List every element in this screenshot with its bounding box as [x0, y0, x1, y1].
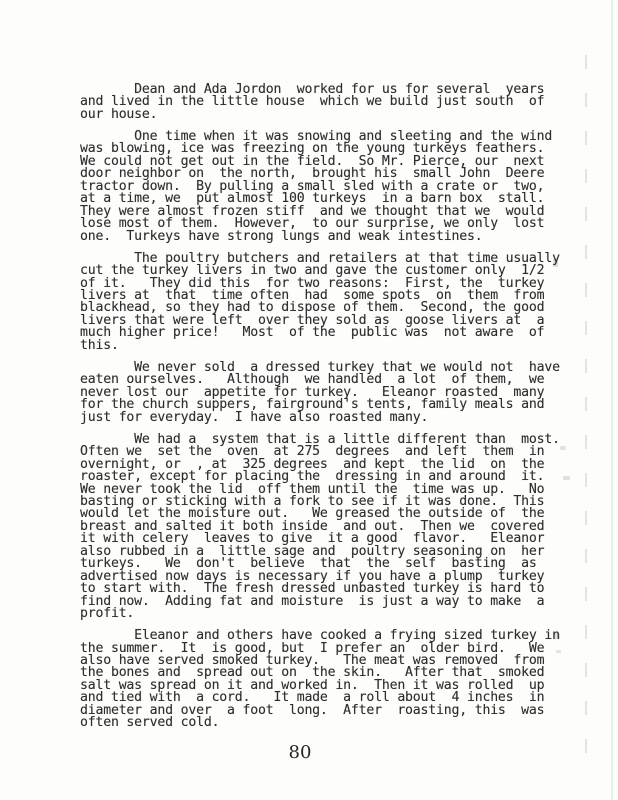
paragraph: We had a system that is a little differe…: [80, 434, 560, 621]
page-edge-perforation-line: [585, 55, 587, 775]
paragraph: Dean and Ada Jordon worked for us for se…: [80, 84, 560, 121]
scan-artifact: [560, 446, 566, 450]
paragraph: We never sold a dressed turkey that we w…: [80, 362, 560, 424]
paragraph: Eleanor and others have cooked a frying …: [80, 630, 560, 730]
scan-artifact: [563, 476, 570, 480]
scanned-page: Dean and Ada Jordon worked for us for se…: [0, 0, 618, 800]
paragraph: One time when it was snowing and sleetin…: [80, 131, 560, 243]
document-body: Dean and Ada Jordon worked for us for se…: [80, 84, 560, 739]
paragraph: The poultry butchers and retailers at th…: [80, 253, 560, 353]
page-number: 80: [0, 742, 600, 763]
page-edge-line: [611, 0, 613, 800]
